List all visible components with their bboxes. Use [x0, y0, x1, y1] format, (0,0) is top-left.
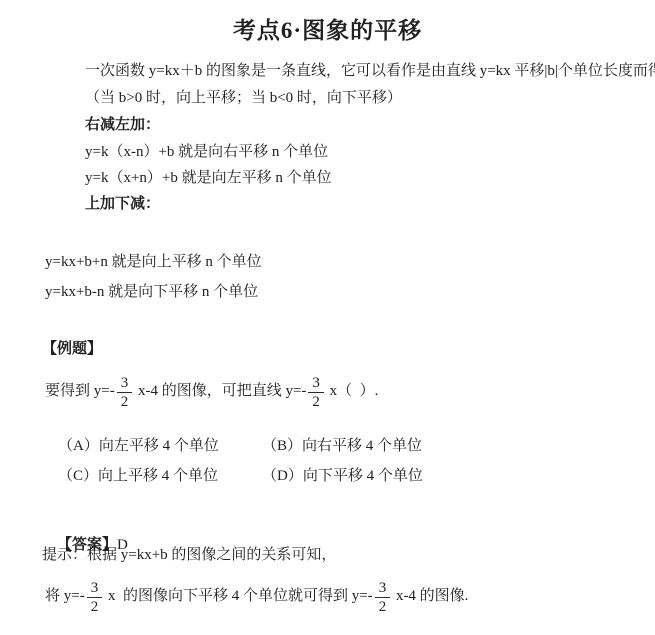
solution-line: 将 y=- 3 2 x 的图像向下平移 4 个单位就可得到 y=- 3 2 x-…: [45, 570, 468, 624]
rule-up-down-heading: 上加下减：: [85, 195, 160, 215]
question-text-mid: x-4 的图像，可把直线 y=-: [134, 382, 306, 402]
rule-right-left-line-1: y=k（x-n）+b 就是向右平移 n 个单位: [85, 143, 328, 163]
example-heading: 【例题】: [42, 340, 102, 360]
page-title: 考点6·图象的平移: [0, 16, 655, 46]
fraction-denominator: 2: [375, 598, 391, 616]
fraction: 3 2: [87, 579, 103, 616]
fraction-denominator: 2: [117, 393, 133, 411]
fraction-numerator: 3: [87, 579, 103, 597]
rule-up-down-line-2: y=kx+b-n 就是向下平移 n 个单位: [45, 283, 258, 303]
option-a: （A）向左平移 4 个单位: [58, 437, 219, 457]
option-d: （D）向下平移 4 个单位: [262, 467, 423, 487]
intro-line-2: （当 b>0 时，向上平移；当 b<0 时，向下平移）: [85, 89, 402, 109]
option-c: （C）向上平移 4 个单位: [58, 467, 218, 487]
solution-text-end: x-4 的图像.: [392, 587, 468, 607]
fraction: 3 2: [308, 374, 324, 411]
rule-right-left-line-2: y=k（x+n）+b 就是向左平移 n 个单位: [85, 169, 332, 189]
intro-line-1: 一次函数 y=kx＋b 的图象是一条直线，它可以看作是由直线 y=kx 平移|b…: [85, 62, 655, 82]
fraction-numerator: 3: [375, 579, 391, 597]
example-question: 要得到 y=- 3 2 x-4 的图像，可把直线 y=- 3 2 x（ ）.: [45, 365, 378, 419]
fraction-denominator: 2: [87, 598, 103, 616]
option-b: （B）向右平移 4 个单位: [262, 437, 422, 457]
fraction: 3 2: [375, 579, 391, 616]
question-text-end: x（ ）.: [326, 382, 379, 402]
fraction-numerator: 3: [308, 374, 324, 392]
fraction-denominator: 2: [308, 393, 324, 411]
hint-line: 提示：根据 y=kx+b 的图像之间的关系可知，: [42, 546, 336, 566]
solution-text-mid: x 的图像向下平移 4 个单位就可得到 y=-: [104, 587, 372, 607]
solution-text-pre: 将 y=-: [45, 587, 85, 607]
rule-up-down-line-1: y=kx+b+n 就是向上平移 n 个单位: [45, 253, 262, 273]
worksheet-page: 考点6·图象的平移 一次函数 y=kx＋b 的图象是一条直线，它可以看作是由直线…: [0, 0, 655, 635]
fraction: 3 2: [117, 374, 133, 411]
question-text-pre: 要得到 y=-: [45, 382, 115, 402]
rule-right-left-heading: 右减左加：: [85, 116, 160, 136]
fraction-numerator: 3: [117, 374, 133, 392]
